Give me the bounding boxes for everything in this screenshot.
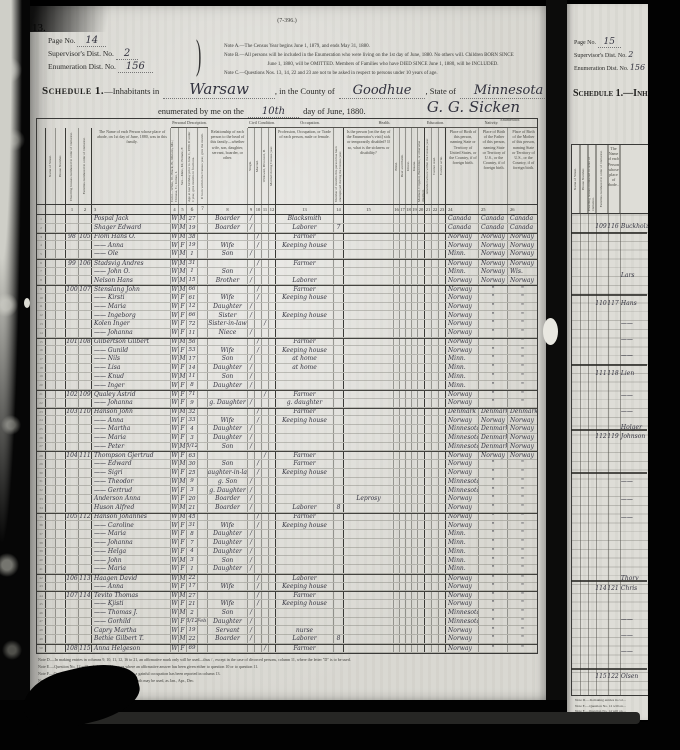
cell-dis <box>418 346 425 354</box>
cell-sg: / <box>248 548 255 556</box>
cell-sk <box>344 391 394 398</box>
cell-dw <box>66 618 79 626</box>
cell-sk <box>344 592 394 599</box>
cell-oc: Laborer <box>276 504 334 512</box>
cell-c: W <box>171 268 179 276</box>
cell-bp: Minnesota <box>446 443 479 451</box>
cell-my <box>269 478 276 486</box>
cell-bp: Minnesota <box>446 618 479 626</box>
cell-fm <box>79 521 92 529</box>
cell-sk <box>344 583 394 591</box>
cell-oc: Laborer <box>276 224 334 232</box>
cell-fm <box>79 495 92 503</box>
table-row: 44107114Tevito ThomasWM27/FarmerNorway"" <box>37 591 537 600</box>
cell-oc: Keeping house <box>276 416 334 424</box>
cell-st <box>46 276 56 284</box>
cell-a: 7 <box>187 539 198 547</box>
cell-lineno: 40 <box>37 556 46 564</box>
cell-lineno: 42 <box>37 575 46 582</box>
next-grid-line <box>580 145 581 695</box>
cell-dw <box>66 364 79 372</box>
cell-wd <box>262 339 269 346</box>
cell-mr: / <box>255 583 262 591</box>
cell-wd <box>262 215 269 223</box>
cell-cr <box>432 346 439 354</box>
cell-mr <box>255 250 262 258</box>
cell-dw <box>66 399 79 407</box>
cell-bm: " <box>508 399 537 407</box>
cell-mr <box>255 495 262 503</box>
cell-bm: Canada <box>508 215 537 223</box>
cell-st <box>46 635 56 643</box>
cell-c: W <box>171 276 179 284</box>
cell-bm: " <box>508 391 537 398</box>
cell-st <box>46 539 56 547</box>
cell-cr <box>432 294 439 302</box>
cell-sch <box>425 425 432 433</box>
footnote-line: Note D.—In making entries in columns 9, … <box>38 656 538 663</box>
header-cell-mr: Married. <box>255 128 262 204</box>
cell-bm: " <box>508 460 537 468</box>
cell-cw <box>439 399 446 407</box>
cell-hn <box>56 521 66 529</box>
group-nativity: Nativity. <box>446 119 537 128</box>
cell-wd <box>262 495 269 503</box>
cell-bm: " <box>508 600 537 608</box>
cell-dis <box>418 294 425 302</box>
next-enumeration-label: Enumeration Dist. No. <box>574 66 628 72</box>
cell-a: 72 <box>187 320 198 328</box>
table-row: 42106113Haagen DavidWM22/LaborerNorway"" <box>37 574 537 583</box>
cell-un <box>334 592 344 599</box>
cell-dw <box>66 600 79 608</box>
cell-hn <box>56 583 66 591</box>
cell-rl: Daughter <box>208 530 248 538</box>
cell-lineno: 39 <box>37 548 46 556</box>
cell-mo <box>198 609 208 617</box>
cell-dw <box>66 311 79 319</box>
cell-wd <box>262 530 269 538</box>
cell-bf: " <box>479 645 508 652</box>
cell-my <box>269 521 276 529</box>
cell-cw <box>439 539 446 547</box>
cell-my <box>269 346 276 354</box>
cell-bm: " <box>508 303 537 311</box>
cell-mo <box>198 600 208 608</box>
cell-mr: / <box>255 521 262 529</box>
cell-hn <box>56 530 66 538</box>
cell-a: 69 <box>187 645 198 652</box>
cell-my <box>269 355 276 363</box>
cell-bp: Norway <box>446 320 479 328</box>
cell-cw <box>439 329 446 337</box>
cell-cr <box>432 443 439 451</box>
cell-wd <box>262 618 269 626</box>
cell-bm: Norway <box>508 425 537 433</box>
cell-nm: —— Inger <box>92 381 171 389</box>
cell-st <box>46 609 56 617</box>
cell-a: 63 <box>187 452 198 459</box>
table-row: 13Kolen IngerWF72Sister-in-law/Norway"" <box>37 320 537 329</box>
cell-rl <box>208 452 248 459</box>
cell-cr <box>432 416 439 424</box>
cell-c: W <box>171 504 179 512</box>
cell-s: F <box>179 645 187 652</box>
cell-fm <box>79 478 92 486</box>
cell-un <box>334 276 344 284</box>
cell-rl: Daughter <box>208 618 248 626</box>
cell-oc: Blacksmith <box>276 215 334 223</box>
cell-nm: —— Gunild <box>92 346 171 354</box>
cell-s: M <box>179 609 187 617</box>
cell-nm: —— John O. <box>92 268 171 276</box>
cell-rl: Daughter-in-law <box>208 469 248 477</box>
cell-sch <box>425 329 432 337</box>
cell-sg <box>248 645 255 652</box>
cell-wd: / <box>262 391 269 398</box>
cell-my <box>269 339 276 346</box>
cell-c: W <box>171 320 179 328</box>
cell-s: M <box>179 443 187 451</box>
state-handwritten: Minnesota <box>460 83 557 99</box>
cell-sg <box>248 600 255 608</box>
table-row: 25—— MarthaWF4Daughter/MinnesotaDenmarkN… <box>37 425 537 434</box>
cell-mr <box>255 486 262 494</box>
cell-c: W <box>171 600 179 608</box>
cell-s: M <box>179 460 187 468</box>
cell-st <box>46 530 56 538</box>
cell-rl <box>208 575 248 582</box>
cell-mo <box>198 495 208 503</box>
cell-hn <box>56 276 66 284</box>
cell-sg: / <box>248 635 255 643</box>
cell-hn <box>56 399 66 407</box>
cell-hn <box>56 434 66 442</box>
column-label: Sex—Male, M.; Female, F. <box>181 147 185 185</box>
cell-un <box>334 391 344 398</box>
gutter-blob <box>543 318 558 345</box>
cell-fm <box>79 600 92 608</box>
cell-dw <box>66 495 79 503</box>
cell-my <box>269 583 276 591</box>
cell-oc: Keeping house <box>276 241 334 249</box>
cell-wd <box>262 478 269 486</box>
cell-sch <box>425 609 432 617</box>
cell-sch <box>425 514 432 521</box>
cell-cw <box>439 311 446 319</box>
cell-bf: " <box>479 514 508 521</box>
cell-st <box>46 391 56 398</box>
cell-fm <box>79 425 92 433</box>
cell-mo <box>198 329 208 337</box>
next-page-no-label: Page No. <box>574 40 596 46</box>
cell-c: W <box>171 286 179 293</box>
cell-bp: Norway <box>446 294 479 302</box>
cell-a: 8 <box>187 530 198 538</box>
cell-c: W <box>171 565 179 573</box>
header-cell-my: Married during Census year. <box>269 128 276 204</box>
cell-mr: / <box>255 294 262 302</box>
cell-cr <box>432 234 439 241</box>
cell-nm: Tevito Thomas <box>92 592 171 599</box>
cell-a: 1 <box>187 565 198 573</box>
header-cell-s: Sex—Male, M.; Female, F. <box>179 128 187 204</box>
cell-un <box>334 521 344 529</box>
cell-st <box>46 460 56 468</box>
cell-dis <box>418 565 425 573</box>
cell-s: F <box>179 399 187 407</box>
cell-sk <box>344 548 394 556</box>
cell-s: M <box>179 339 187 346</box>
cell-dw: 105 <box>66 514 79 521</box>
cell-cr <box>432 645 439 652</box>
cell-sch <box>425 521 432 529</box>
cell-oc <box>276 373 334 381</box>
cell-a: 21 <box>187 600 198 608</box>
cell-cw <box>439 425 446 433</box>
cell-sch <box>425 486 432 494</box>
cell-bm: " <box>508 556 537 564</box>
next-entry: Thorv <box>595 575 639 582</box>
column-label: Families numbered in order of visitation… <box>83 137 87 194</box>
cell-c: W <box>171 443 179 451</box>
cell-dis <box>418 539 425 547</box>
cell-s: M <box>179 478 187 486</box>
cell-dw <box>66 425 79 433</box>
cell-bm: Norway <box>508 250 537 258</box>
cell-hn <box>56 556 66 564</box>
column-number-row: 1234567891011121314151617181920212223242… <box>37 205 537 215</box>
cell-nm: —— Johanna <box>92 329 171 337</box>
cell-lineno: 31 <box>37 478 46 486</box>
cell-mr: / <box>255 575 262 582</box>
cell-fm: 111 <box>79 452 92 459</box>
cell-hn <box>56 391 66 398</box>
cell-sg: / <box>248 434 255 442</box>
table-row: 43—— AnnaWF17Wife/Keeping houseNorway"" <box>37 583 537 592</box>
cell-bp: Norway <box>446 286 479 293</box>
cell-bp: Norway <box>446 521 479 529</box>
cell-un: 8 <box>334 635 344 643</box>
cell-my <box>269 381 276 389</box>
cell-mr: / <box>255 592 262 599</box>
cell-wd <box>262 294 269 302</box>
cell-fm <box>79 381 92 389</box>
cell-un <box>334 381 344 389</box>
cell-my <box>269 469 276 477</box>
cell-dis <box>418 355 425 363</box>
cell-my <box>269 635 276 643</box>
cell-s: M <box>179 592 187 599</box>
cell-my <box>269 434 276 442</box>
cell-sch <box>425 276 432 284</box>
column-label: House Number. <box>59 155 63 177</box>
cell-oc: Laborer <box>276 635 334 643</box>
cell-s: M <box>179 224 187 232</box>
cell-sch <box>425 575 432 582</box>
cell-sk <box>344 565 394 573</box>
cell-s: F <box>179 548 187 556</box>
table-row: 34Huson AlfredWM21Boarder/Laborer8Norway… <box>37 504 537 513</box>
cell-hn <box>56 346 66 354</box>
cell-a: 21 <box>187 504 198 512</box>
cell-wd <box>262 565 269 573</box>
cell-my <box>269 530 276 538</box>
cell-lineno: 37 <box>37 530 46 538</box>
cell-un <box>334 626 344 634</box>
cell-st <box>46 495 56 503</box>
cell-cr <box>432 469 439 477</box>
cell-c: W <box>171 530 179 538</box>
cell-oc <box>276 268 334 276</box>
cell-c: W <box>171 373 179 381</box>
cell-sk <box>344 609 394 617</box>
next-header-cell: Families numbered in order of visitation… <box>596 145 608 213</box>
column-label: Insane. <box>413 161 417 171</box>
cell-cr <box>432 260 439 267</box>
cell-sk <box>344 260 394 267</box>
cell-lineno: 11 <box>37 303 46 311</box>
cell-bp: Norway <box>446 635 479 643</box>
cell-rl <box>208 592 248 599</box>
cell-dis <box>418 320 425 328</box>
cell-my <box>269 320 276 328</box>
cell-c: W <box>171 355 179 363</box>
film-speck <box>24 298 30 308</box>
cell-sg: / <box>248 364 255 372</box>
header-cell-st: Name of Street. <box>46 128 56 204</box>
cell-bm: " <box>508 530 537 538</box>
cell-sch <box>425 364 432 372</box>
cell-sg: / <box>248 618 255 626</box>
cell-bm: Norway <box>508 416 537 424</box>
cell-rl: Wife <box>208 583 248 591</box>
cell-rl: Daughter <box>208 381 248 389</box>
cell-my <box>269 329 276 337</box>
cell-dis <box>418 373 425 381</box>
cell-s: M <box>179 373 187 381</box>
cell-cr <box>432 583 439 591</box>
cell-oc <box>276 443 334 451</box>
cell-bm: Norway <box>508 443 537 451</box>
cell-sg <box>248 514 255 521</box>
cell-hn <box>56 260 66 267</box>
cell-a: 56 <box>187 339 198 346</box>
cell-fm <box>79 320 92 328</box>
cell-bp: Norway <box>446 399 479 407</box>
cell-lineno: 19 <box>37 373 46 381</box>
cell-mo <box>198 434 208 442</box>
cell-a: 3 <box>187 434 198 442</box>
cell-fm <box>79 241 92 249</box>
cell-cr <box>432 478 439 486</box>
cell-dw <box>66 583 79 591</box>
number-cell: 22 <box>432 205 439 214</box>
cell-cw <box>439 241 446 249</box>
cell-nm: Hanson John <box>92 409 171 416</box>
cell-dis <box>418 339 425 346</box>
cell-rl: Boarder <box>208 495 248 503</box>
cell-my <box>269 260 276 267</box>
cell-bm: " <box>508 548 537 556</box>
cell-wd <box>262 600 269 608</box>
next-entry: —— <box>595 352 633 359</box>
cell-wd <box>262 592 269 599</box>
cell-sk <box>344 635 394 643</box>
cell-bp: Minnesota <box>446 478 479 486</box>
cell-cr <box>432 514 439 521</box>
number-cell: 21 <box>425 205 432 214</box>
cell-fm <box>79 486 92 494</box>
column-label: Place of Birth of the Mother of this per… <box>510 128 537 172</box>
cell-bp: Minn. <box>446 355 479 363</box>
cell-a: 4 <box>187 425 198 433</box>
cell-nm: Shager Edward <box>92 224 171 232</box>
cell-cr <box>432 320 439 328</box>
enumerated-line: enumerated by me on the 10th day of June… <box>158 101 366 119</box>
cell-cw <box>439 416 446 424</box>
cell-sg <box>248 260 255 267</box>
cell-mr: / <box>255 469 262 477</box>
cell-sg <box>248 452 255 459</box>
cell-bp: Minnesota <box>446 425 479 433</box>
cell-dw: 107 <box>66 592 79 599</box>
cell-lineno: 36 <box>37 521 46 529</box>
cell-dw <box>66 224 79 232</box>
family-divider <box>571 668 647 670</box>
cell-bf: " <box>479 329 508 337</box>
cell-cr <box>432 434 439 442</box>
cell-bf: " <box>479 635 508 643</box>
cell-bp: Norway <box>446 234 479 241</box>
cell-cw <box>439 276 446 284</box>
cell-sg <box>248 460 255 468</box>
cell-wd <box>262 635 269 643</box>
cell-nm: —— Ole <box>92 250 171 258</box>
cell-lineno: 24 <box>37 416 46 424</box>
header-cell-fm: Families numbered in order of visitation… <box>79 128 92 204</box>
cell-un <box>334 618 344 626</box>
cell-bp: Norway <box>446 241 479 249</box>
table-row: 1Pospal JackWM27Boarder/BlacksmithCanada… <box>37 215 537 224</box>
cell-dw: 102 <box>66 391 79 398</box>
cell-lineno: 1 <box>37 215 46 223</box>
cell-un <box>334 460 344 468</box>
cell-mo <box>198 303 208 311</box>
cell-sch <box>425 495 432 503</box>
cell-sg: / <box>248 425 255 433</box>
cell-hn <box>56 495 66 503</box>
cell-mo <box>198 592 208 599</box>
cell-bf: Norway <box>479 268 508 276</box>
district-block: Page No. 14 Supervisor's Dist. No. 2 Enu… <box>48 34 208 73</box>
cell-sk <box>344 514 394 521</box>
cell-a: 31 <box>187 260 198 267</box>
table-row: 17—— NilsWM17Son/at homeMinn."" <box>37 355 537 364</box>
column-label: Name of Street. <box>49 155 53 177</box>
cell-bm: " <box>508 329 537 337</box>
table-row: 50108115Anna HelgesonWF69/FarmerNorway"" <box>37 644 537 653</box>
cell-sk <box>344 460 394 468</box>
cell-st <box>46 346 56 354</box>
cell-sk <box>344 600 394 608</box>
cell-sk <box>344 504 394 512</box>
cell-fm <box>79 556 92 564</box>
cell-mo <box>198 443 208 451</box>
cell-bp: Minn. <box>446 539 479 547</box>
cell-mo <box>198 539 208 547</box>
cell-mr <box>255 381 262 389</box>
